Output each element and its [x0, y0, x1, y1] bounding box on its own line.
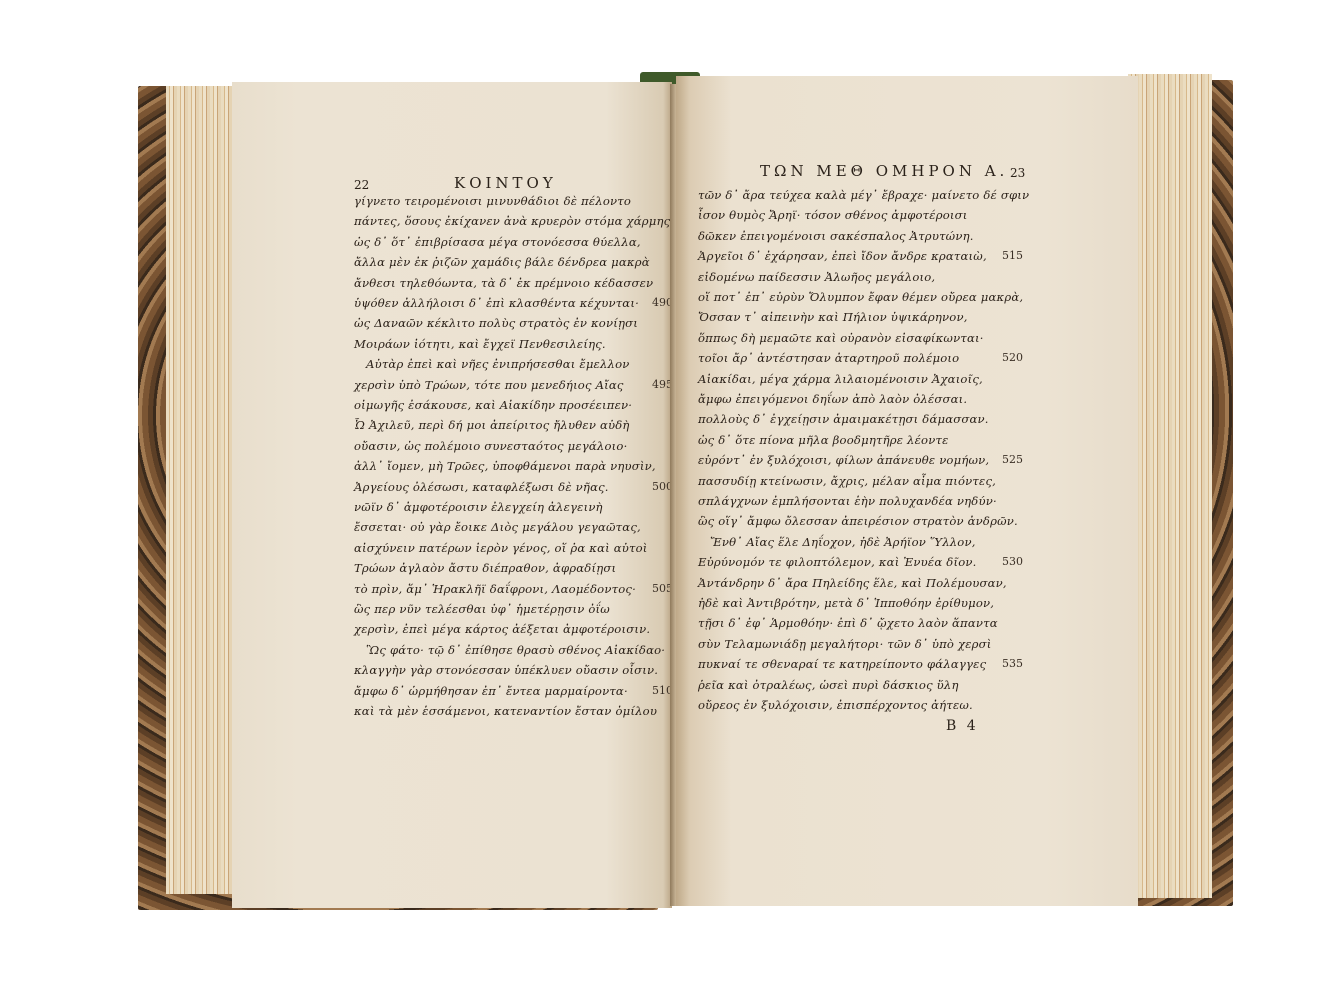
verse-line: χερσὶν ὑπὸ Τρώων, τότε που μενεδήιος Αἴα… [354, 378, 624, 392]
verse-line: Ἀντάνδρην δ᾽ ἄρα Πηλείδης ἕλε, καὶ Πολέμ… [698, 576, 1007, 590]
verse-line: Ὄσσαν τ᾽ αἰπεινὴν καὶ Πήλιον ὑψικάρηνον, [698, 310, 968, 324]
verse-line: εὑρόντ᾽ ἐν ξυλόχοισι, φίλων ἀπάνευθε νομ… [698, 453, 989, 467]
line-number: 530 [1002, 555, 1023, 568]
verse-line: ὣς οἵγ᾽ ἄμφω ὄλεσσαν ἀπειρέσιον στρατὸν … [698, 514, 1018, 528]
left-page: 22 ΚΟΙΝΤΟΥ γίγνετο τειρομένοισι μινυνθάδ… [232, 82, 672, 908]
verse-line: Τρώων ἀγλαὸν ἄστυ διέπραθον, ἀφραδίῃσι [354, 561, 616, 575]
verse-line: πασσυδίῃ κτείνωσιν, ἄχρις, μέλαν αἷμα πι… [698, 474, 996, 488]
verse-line: ὡς δ᾽ ὅτε πίονα μῆλα βοοδμητῆρε λέοντε [698, 433, 949, 447]
verse-line: οἰμωγῆς ἐσάκουσε, καὶ Αἰακίδην προσέειπε… [354, 398, 632, 412]
verse-line: ὡς δ᾽ ὅτ᾽ ἐπιβρίσασα μέγα στονόεσσα θύελ… [354, 235, 641, 249]
verse-line: Ἀργεῖοι δ᾽ ἐχάρησαν, ἐπεὶ ἴδον ἄνδρε κρα… [698, 249, 987, 263]
verse-line: τὸ πρὶν, ἅμ᾽ Ἡρακλῆϊ δαΐφρονι, Λαομέδοντ… [354, 582, 636, 596]
verse-line: ὑψόθεν ἀλλήλοισι δ᾽ ἐπὶ κλασθέντα κέχυντ… [354, 296, 639, 310]
verse-line: πάντες, ὅσους ἐκίχανεν ἀνὰ κρυερὸν στόμα… [354, 214, 674, 228]
verse-line: κλαγγὴν γὰρ στονόεσσαν ὑπέκλυεν οὔασιν ο… [354, 663, 658, 677]
verse-line: ἶσον θυμὸς Ἄρηϊ· τόσον σθένος ἀμφοτέροισ… [698, 208, 968, 222]
signature-mark: B 4 [946, 718, 979, 734]
verse-line: τῇσι δ᾽ ἐφ᾽ Ἁρμοθόην· ἐπὶ δ᾽ ᾤχετο λαὸν … [698, 616, 998, 630]
verse-line: γίγνετο τειρομένοισι μινυνθάδιοι δὲ πέλο… [354, 194, 631, 208]
verse-line: ἄλλα μὲν ἐκ ῥιζῶν χαμάδις βάλε δένδρεα μ… [354, 255, 650, 269]
verse-line: Ἀργείους ὀλέσωσι, καταφλέξωσι δὲ νῆας. [354, 480, 609, 494]
left-page-number: 22 [354, 178, 369, 192]
verse-line: ἠδὲ καὶ Ἀντιβρότην, μετὰ δ᾽ Ἱπποθόην ἐρί… [698, 596, 994, 610]
verse-line: Εὐρύνομόν τε φιλοπτόλεμον, καὶ Ἐνυέα δῖο… [698, 555, 977, 569]
verse-line: Αἰακίδαι, μέγα χάρμα λιλαιομένοισιν Ἀχαι… [698, 372, 983, 386]
verse-line: Ὣς φάτο· τῷ δ᾽ ἐπίθησε θρασὺ σθένος Αἰακ… [366, 643, 665, 657]
verse-line: πολλοὺς δ᾽ ἐγχείῃσιν ἀμαιμακέτῃσι δάμασσ… [698, 412, 989, 426]
verse-line: ἔσσεται· οὐ γὰρ ἔοικε Διὸς μεγάλου γεγαῶ… [354, 520, 641, 534]
verse-line: οὔρεος ἐν ξυλόχοισιν, ἐπισπέρχοντος ἀήτε… [698, 698, 973, 712]
left-running-head: ΚΟΙΝΤΟΥ [454, 174, 557, 192]
page-edges-right [1128, 74, 1212, 898]
line-number: 520 [1002, 351, 1023, 364]
verse-line: δῶκεν ἐπειγομένοισι σακέσπαλος Ἀτρυτώνη. [698, 229, 974, 243]
verse-line: Ἔνθ᾽ Αἴας ἕλε Δηΐοχον, ἠδὲ Ἀρήϊον Ὕλλον, [710, 535, 976, 549]
verse-line: καὶ τὰ μὲν ἑσσάμενοι, κατεναντίον ἔσταν … [354, 704, 657, 718]
verse-line: ἄνθεσι τηλεθόωντα, τὰ δ᾽ ἐκ πρέμνοιο κέδ… [354, 276, 653, 290]
verse-line: σπλάγχνων ἐμπλήσονται ἑὴν πολυχανδέα νηδ… [698, 494, 997, 508]
book-photograph: 22 ΚΟΙΝΤΟΥ γίγνετο τειρομένοισι μινυνθάδ… [0, 0, 1343, 1000]
verse-line: Αὐτὰρ ἐπεὶ καὶ νῆες ἐνιπρήσεσθαι ἔμελλον [366, 357, 630, 371]
line-number: 515 [1002, 249, 1023, 262]
line-number: 535 [1002, 657, 1023, 670]
verse-line: Μοιράων ἰότητι, καὶ ἔγχεϊ Πενθεσιλείης. [354, 337, 606, 351]
verse-line: ῥεῖα καὶ ὀτραλέως, ὡσεὶ πυρὶ δάσκιος ὕλη [698, 678, 959, 692]
right-running-head: ΤΩΝ ΜΕΘ ΟΜΗΡΟΝ Α. [760, 162, 1008, 180]
right-page-number: 23 [1010, 166, 1025, 180]
verse-line: Ὦ Ἀχιλεῦ, περὶ δή μοι ἀπείριτος ἤλυθεν α… [354, 418, 630, 432]
verse-line: ἄμφω δ᾽ ὡρμήθησαν ἐπ᾽ ἔντεα μαρμαίροντα· [354, 684, 628, 698]
verse-line: νῶϊν δ᾽ ἀμφοτέροισιν ἐλεγχείη ἀλεγεινὴ [354, 500, 603, 514]
verse-line: ἀλλ᾽ ἴομεν, μὴ Τρῶες, ὑποφθάμενοι παρὰ ν… [354, 459, 656, 473]
verse-line: εἰδομένω παίδεσσιν Ἀλωῆος μεγάλοιο, [698, 270, 935, 284]
verse-line: ὡς Δαναῶν κέκλιτο πολὺς στρατὸς ἐν κονίῃ… [354, 316, 638, 330]
verse-line: σὺν Τελαμωνιάδῃ μεγαλήτορι· τῶν δ᾽ ὑπὸ χ… [698, 637, 992, 651]
verse-line: ὅππως δὴ μεμαῶτε καὶ οὐρανὸν εἰσαφίκωντα… [698, 331, 984, 345]
line-number: 525 [1002, 453, 1023, 466]
verse-line: οὔασιν, ὡς πολέμοιο συνεσταότος μεγάλοιο… [354, 439, 627, 453]
verse-line: χερσὶν, ἐπεὶ μέγα κάρτος ἀέξεται ἀμφοτέρ… [354, 622, 650, 636]
verse-line: οἵ ποτ᾽ ἐπ᾽ εὐρὺν Ὄλυμπον ἔφαν θέμεν οὔρ… [698, 290, 1023, 304]
verse-line: αἰσχύνειν πατέρων ἱερὸν γένος, οἵ ῥα καὶ… [354, 541, 648, 555]
verse-line: πυκναί τε σθεναραί τε κατηρείποντο φάλαγ… [698, 657, 986, 671]
right-page: ΤΩΝ ΜΕΘ ΟΜΗΡΟΝ Α. 23 τῶν δ᾽ ἄρα τεύχεα κ… [676, 76, 1138, 906]
verse-line: ὣς περ νῦν τελέεσθαι ὑφ᾽ ἡμετέρῃσιν ὀΐω [354, 602, 610, 616]
verse-line: ἄμφω ἐπειγόμενοι δηΐων ἀπὸ λαὸν ὀλέσσαι. [698, 392, 967, 406]
verse-line: τῶν δ᾽ ἄρα τεύχεα καλὰ μέγ᾽ ἔβραχε· μαίν… [698, 188, 1029, 202]
verse-line: τοῖοι ἄρ᾽ ἀντέστησαν ἀταρτηροῦ πολέμοιο [698, 351, 959, 365]
